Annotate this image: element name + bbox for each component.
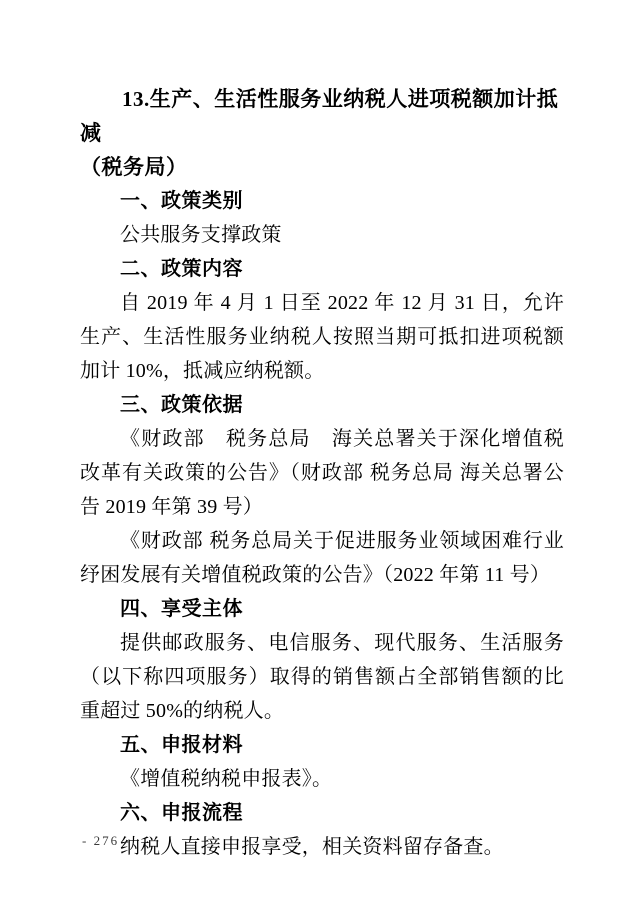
section-heading-eligible-entities: 四、享受主体 <box>80 592 564 626</box>
section-filing-process: 六、申报流程 纳税人直接申报享受，相关资料留存备查。 <box>80 796 564 864</box>
document-page: 13.生产、生活性服务业纳税人进项税额加计抵减 （税务局） 一、政策类别 公共服… <box>0 0 642 907</box>
section-policy-basis: 三、政策依据 《财政部 税务总局 海关总署关于深化增值税改革有关政策的公告》（财… <box>80 388 564 592</box>
paragraph: 《增值税纳税申报表》。 <box>80 762 564 796</box>
page-number: - 276 - <box>82 833 131 849</box>
section-policy-category: 一、政策类别 公共服务支撑政策 <box>80 184 564 252</box>
section-heading-policy-content: 二、政策内容 <box>80 252 564 286</box>
paragraph: 《财政部 税务总局 海关总署关于深化增值税改革有关政策的公告》（财政部 税务总局… <box>80 422 564 524</box>
paragraph: 提供邮政服务、电信服务、现代服务、生活服务（以下称四项服务）取得的销售额占全部销… <box>80 626 564 728</box>
paragraph: 自 2019 年 4 月 1 日至 2022 年 12 月 31 日，允许生产、… <box>80 286 564 388</box>
section-heading-policy-category: 一、政策类别 <box>80 184 564 218</box>
section-heading-filing-process: 六、申报流程 <box>80 796 564 830</box>
document-title: 13.生产、生活性服务业纳税人进项税额加计抵减 （税务局） <box>80 82 564 184</box>
section-eligible-entities: 四、享受主体 提供邮政服务、电信服务、现代服务、生活服务（以下称四项服务）取得的… <box>80 592 564 728</box>
paragraph: 公共服务支撑政策 <box>80 218 564 252</box>
paragraph: 《财政部 税务总局关于促进服务业领域困难行业纾困发展有关增值税政策的公告》（20… <box>80 524 564 592</box>
section-policy-content: 二、政策内容 自 2019 年 4 月 1 日至 2022 年 12 月 31 … <box>80 252 564 388</box>
paragraph: 纳税人直接申报享受，相关资料留存备查。 <box>80 830 564 864</box>
section-heading-filing-materials: 五、申报材料 <box>80 728 564 762</box>
document-body: 13.生产、生活性服务业纳税人进项税额加计抵减 （税务局） 一、政策类别 公共服… <box>80 82 564 864</box>
section-filing-materials: 五、申报材料 《增值税纳税申报表》。 <box>80 728 564 796</box>
section-heading-policy-basis: 三、政策依据 <box>80 388 564 422</box>
